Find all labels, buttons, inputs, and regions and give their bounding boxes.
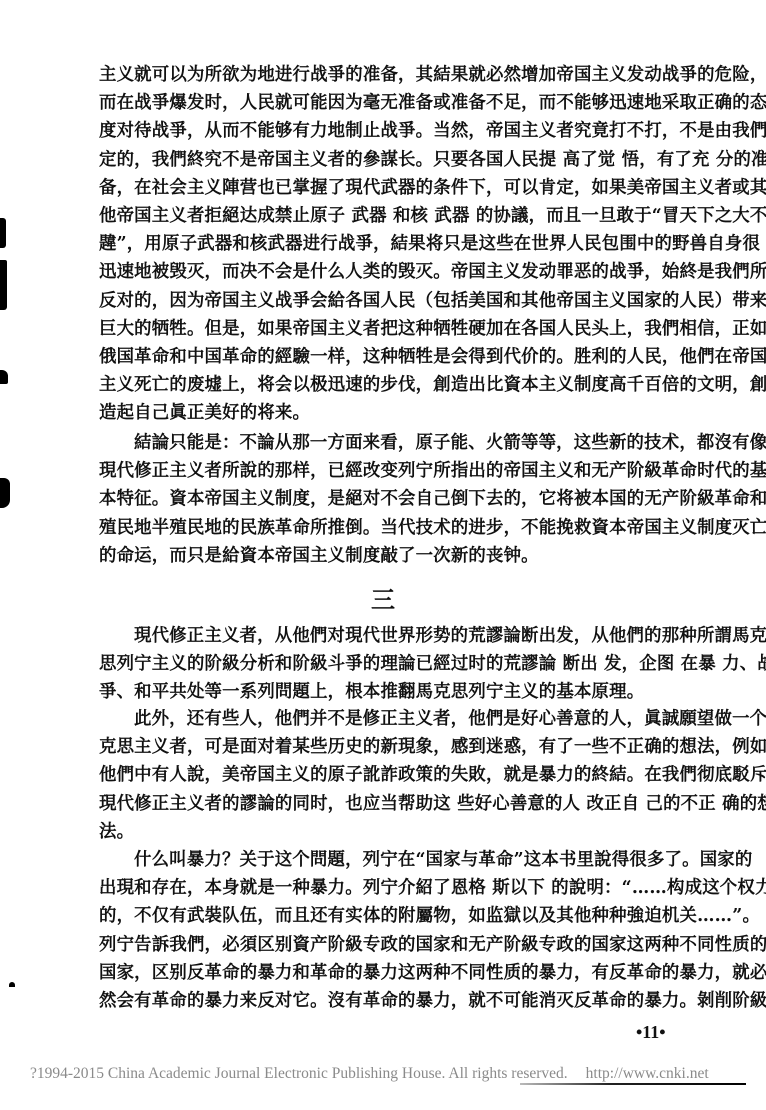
text-line: 思列宁主义的阶級分析和阶級斗爭的理論已經过时的荒謬論 断出 发，企图 在暴 力、… [99, 650, 703, 678]
text-line: 度对待战爭，从而不能够有力地制止战爭。当然，帝国主义者究竟打不打，不是由我們决 [99, 117, 703, 145]
text-line: 国家，区别反革命的暴力和革命的暴力这两种不同性质的暴力，有反革命的暴力，就必 [99, 959, 703, 987]
text-line: 的，不仅有武裝队伍，而且还有实体的附屬物，如监獄以及其他种种強迫机关……”。 [99, 902, 703, 930]
footer-underline [520, 1083, 746, 1085]
paragraph-2: 結論只能是：不論从那一方面来看，原子能、火箭等等，这些新的技术，都沒有像 現代修… [99, 429, 703, 570]
text-line: 然会有革命的暴力来反对它。沒有革命的暴力，就不可能消灭反革命的暴力。剝削阶級 [99, 987, 703, 1015]
paragraph-3: 現代修正主义者，从他們对現代世界形势的荒謬論断出发，从他們的那种所謂馬克 思列宁… [99, 622, 703, 707]
text-line: 巨大的牺牲。但是，如果帝国主义者把这种牺牲硬加在各国人民头上，我們相信，正如 [99, 315, 703, 343]
text-line: 主义死亡的废墟上，将会以极迅速的步伐，創造出比資本主义制度高千百倍的文明，創 [99, 371, 703, 399]
text-line: 定的，我們終究不是帝国主义者的參謀长。只要各国人民提 高了觉 悟，有了充 分的准 [99, 146, 703, 174]
text-line: 本特征。資本帝国主义制度，是絕对不会自己倒下去的，它将被本国的无产阶級革命和 [99, 485, 703, 513]
text-line: 韙”，用原子武器和核武器进行战爭，結果将只是这些在世界人民包围中的野兽自身很 [99, 230, 703, 258]
text-line: 主义就可以为所欲为地进行战爭的准备，其結果就必然增加帝国主义发动战爭的危险， [99, 61, 703, 89]
scan-artifact-mark [0, 260, 7, 310]
copyright-footer: ?1994-2015 China Academic Journal Electr… [30, 1065, 750, 1083]
text-line: 列宁告訴我們，必須区别資产阶級专政的国家和无产阶級专政的国家这两种不同性质的 [99, 931, 703, 959]
text-line: 現代修正主义者，从他們对現代世界形势的荒謬論断出发，从他們的那种所謂馬克 [99, 622, 703, 650]
text-line: 什么叫暴力？关于这个問題，列宁在“国家与革命”这本书里說得很多了。国家的 [99, 846, 703, 874]
text-line: 俄国革命和中国革命的經驗一样，这种牺牲是会得到代价的。胜利的人民，他們在帝国 [99, 343, 703, 371]
scanned-page: 主义就可以为所欲为地进行战爭的准备，其結果就必然增加帝国主义发动战爭的危险， 而… [0, 0, 766, 1110]
text-line: 現代修正主义者所說的那样，已經改变列宁所指出的帝国主义和无产阶級革命时代的基 [99, 457, 703, 485]
text-line: 現代修正主义者的謬論的同时，也应当帮助这 些好心善意的人 改正自 己的不正 确的… [99, 790, 703, 818]
text-line: 殖民地半殖民地的民族革命所推倒。当代技术的进步，不能挽救資本帝国主义制度灭亡 [99, 514, 703, 542]
cnki-link[interactable]: http://www.cnki.net [586, 1065, 709, 1082]
copyright-text: ?1994-2015 China Academic Journal Electr… [30, 1065, 568, 1082]
text-line: 結論只能是：不論从那一方面来看，原子能、火箭等等，这些新的技术，都沒有像 [99, 429, 703, 457]
scan-artifact-mark [0, 218, 6, 248]
text-line: 而在战爭爆发时，人民就可能因为毫无准备或准备不足，而不能够迅速地采取正确的态 [99, 89, 703, 117]
paragraph-5: 什么叫暴力？关于这个問題，列宁在“国家与革命”这本书里說得很多了。国家的 出現和… [99, 846, 703, 1015]
text-line: 出現和存在，本身就是一种暴力。列宁介紹了恩格 斯以下 的說明：“……构成这个权力 [99, 874, 703, 902]
text-line: 此外，还有些人，他們并不是修正主义者，他們是好心善意的人，眞誠願望做一个馬 [99, 705, 703, 733]
text-line: 的命运，而只是給資本帝国主义制度敲了一次新的丧钟。 [99, 542, 703, 570]
scan-artifact-mark [9, 982, 15, 987]
text-line: 法。 [99, 818, 703, 846]
text-line: 他們中有人說，美帝国主义的原子訛詐政策的失敗，就是暴力的終結。在我們彻底駁斥 [99, 761, 703, 789]
text-line: 备，在社会主义陣营也已掌握了現代武器的条件下，可以肯定，如果美帝国主义者或其 [99, 174, 703, 202]
text-line: 迅速地被毁灭，而决不会是什么人类的毁灭。帝国主义发动罪恶的战爭，始終是我們所 [99, 258, 703, 286]
section-heading: 三 [0, 585, 766, 615]
paragraph-4: 此外，还有些人，他們并不是修正主义者，他們是好心善意的人，眞誠願望做一个馬 克思… [99, 705, 703, 846]
text-line: 他帝国主义者拒絕达成禁止原子 武器 和核 武器 的协議，而且一旦敢于“冒天下之大… [99, 202, 703, 230]
text-line: 反对的，因为帝国主义战爭会給各国人民（包括美国和其他帝国主义国家的人民）带来 [99, 287, 703, 315]
page-number: •11• [636, 1022, 666, 1043]
text-line: 造起自己眞正美好的将来。 [99, 399, 703, 427]
text-line: 克思主义者，可是面对着某些历史的新現象，感到迷惑，有了一些不正确的想法，例如 [99, 733, 703, 761]
text-line: 爭、和平共处等一系列問題上，根本推翻馬克思列宁主义的基本原理。 [99, 678, 703, 706]
scan-artifact-mark [0, 478, 10, 508]
paragraph-1: 主义就可以为所欲为地进行战爭的准备，其結果就必然增加帝国主义发动战爭的危险， 而… [99, 61, 703, 427]
scan-artifact-mark [0, 370, 8, 384]
